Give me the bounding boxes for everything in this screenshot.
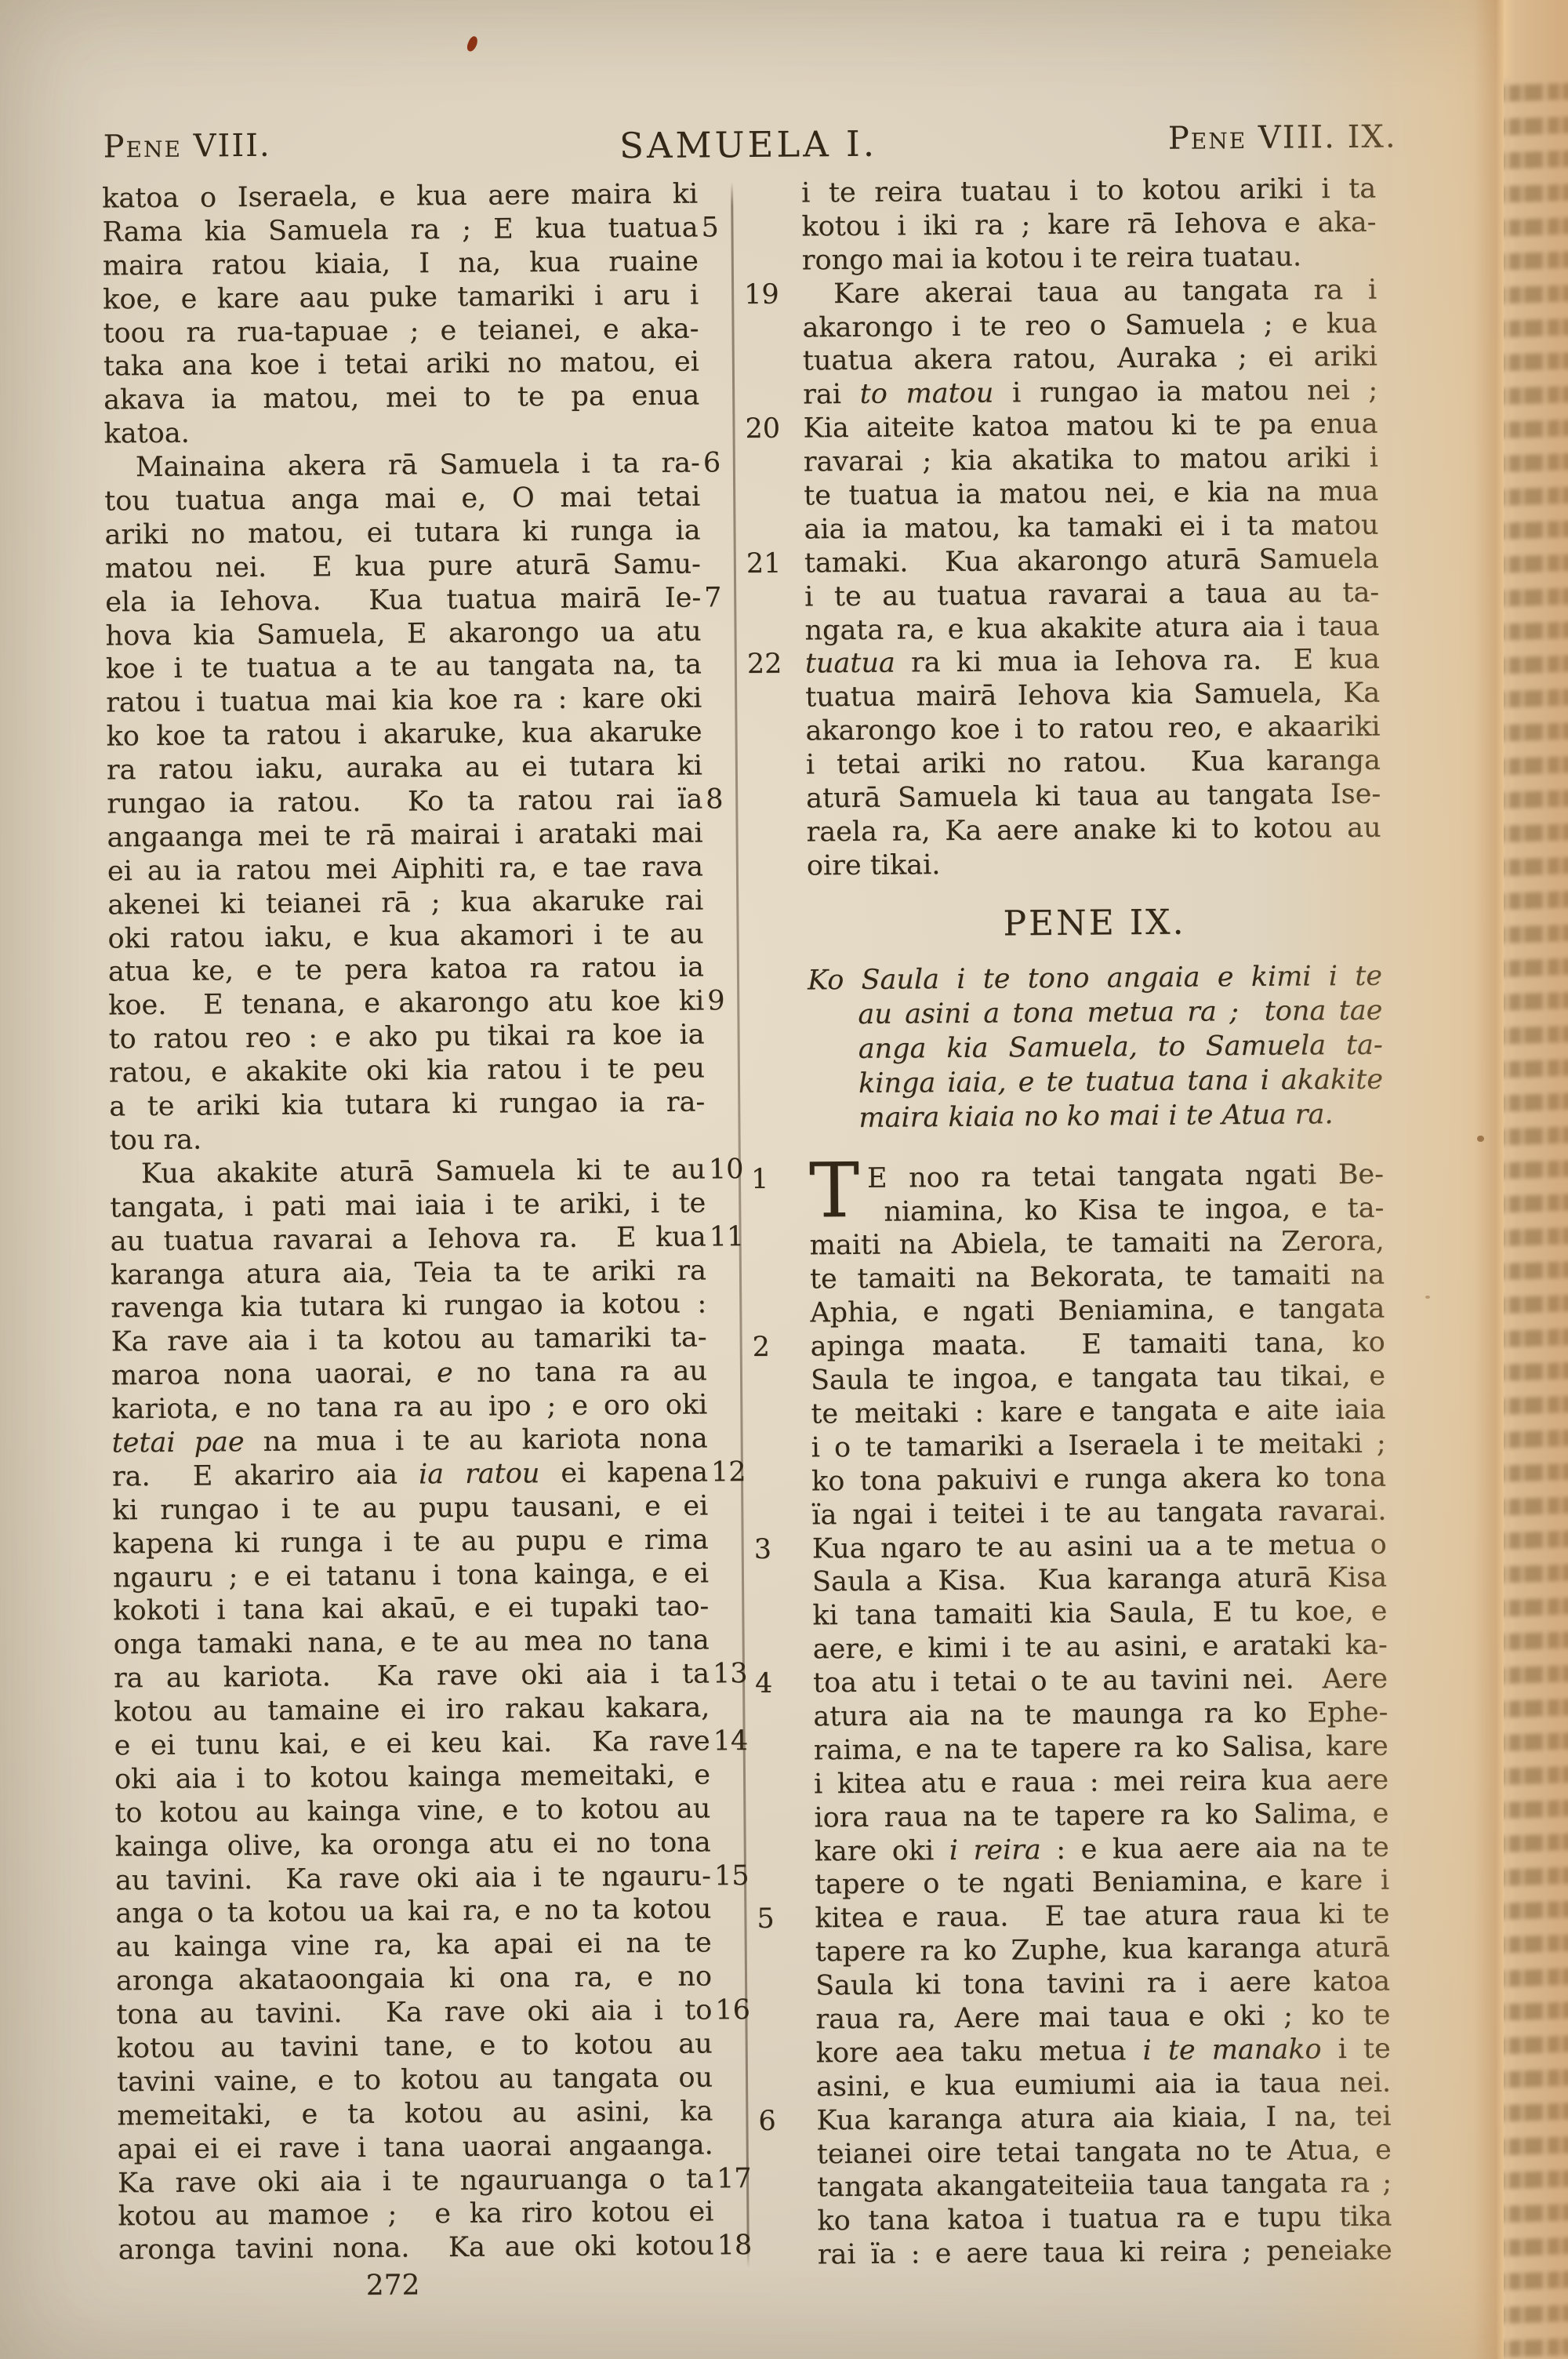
- line-text: niamina, ko Kisa te ingoa, e ta-: [884, 1192, 1384, 1227]
- line-text: Saula ki tona tavini ra i aere katoa: [815, 1966, 1390, 2002]
- line-text: tavini vaine, e to kotou au tangata ou: [117, 2062, 713, 2098]
- text-line: 10Kua akakite aturā Samuela ki te au: [110, 1153, 706, 1191]
- line-text: ko koe ta ratou i akaruke, kua akaruke: [106, 717, 702, 753]
- line-text: te tamaiti na Bekorata, te tamaiti na: [810, 1259, 1385, 1296]
- line-text: tou ra.: [109, 1124, 201, 1156]
- line-text: Rama kia Samuela ra ; E kua tuatua: [102, 212, 698, 248]
- text-line: 21tamaki. Kua akarongo aturā Samuela: [804, 542, 1379, 580]
- line-text: a te ariki kia tutara ki rungao ia ra-: [109, 1087, 705, 1123]
- line-text: koe i te tuatua a te au tangata na, ta: [106, 649, 702, 685]
- text-line: kotou au mamoe ; e ka riro kotou ei: [118, 2196, 713, 2234]
- line-text: Kia aiteite katoa matou ki te pa enua: [803, 409, 1377, 445]
- line-text: i te au tuatua ravarai a taua au ta-: [804, 576, 1379, 612]
- line-text: kokoti i tana kai akaū, e ei tupaki tao-: [113, 1591, 709, 1627]
- text-line: aere, e kimi i te au asini, e arataki ka…: [813, 1629, 1388, 1667]
- line-text: oire tikai.: [807, 849, 941, 881]
- line-text: ra. E akariro aia ia ratou ei kapena: [112, 1456, 708, 1492]
- text-line: 1E noo ra tetai tangata ngati Be-: [809, 1158, 1384, 1196]
- line-text: matou nei. E kua pure aturā Samu-: [105, 548, 701, 584]
- text-line: tetai pae na mua i te au kariota nona: [111, 1422, 707, 1460]
- line-text: maira ratou kiaia, I na, kua ruaine: [103, 245, 699, 282]
- line-text: E noo ra tetai tangata ngati Be-: [867, 1158, 1384, 1194]
- text-line: te meitaki : kare e tangata e aite iaia: [811, 1394, 1385, 1432]
- verse-number: 15: [714, 1859, 753, 1893]
- line-text: au tavini. Ka rave oki aia i te ngauru-: [115, 1860, 711, 1896]
- line-text: karanga atura aia, Teia ta te ariki ra: [111, 1255, 706, 1291]
- chapter-summary-line: au asini a tona metua ra ; tona tae: [808, 993, 1382, 1032]
- line-text: tangata, i pati mai iaia i te ariki, i t…: [110, 1187, 706, 1223]
- line-text: ela ia Iehova. Kua tuatua mairā Ie-: [105, 582, 701, 618]
- text-line: koe, e kare aau puke tamariki i aru i: [103, 278, 699, 317]
- line-text: Kua karanga atura aia kiaia, I na, tei: [816, 2100, 1391, 2136]
- text-line: raua ra, Aere mai taua e oki ; ko te: [815, 1999, 1390, 2037]
- verse-number: 20: [745, 413, 795, 446]
- text-line: ei au ia ratou mei Aiphiti ra, e tae rav…: [107, 850, 703, 889]
- verse-number: 5: [701, 211, 740, 245]
- text-line: kotou au tamaine ei iro rakau kakara,: [114, 1692, 710, 1730]
- line-text: memeitaki, e ta kotou au asini, ka: [117, 2095, 713, 2132]
- text-line: 6Mainaina akera rā Samuela i ta ra-: [104, 447, 700, 485]
- text-line: ariki no matou, ei tutara ki runga ia: [104, 514, 700, 552]
- line-text: raela ra, Ka aere anake ki to kotou au: [806, 812, 1381, 849]
- line-text: tou tuatua anga mai e, O mai tetai: [104, 482, 700, 518]
- text-line: 7ela ia Iehova. Kua tuatua mairā Ie-: [105, 581, 701, 620]
- line-text: ariki no matou, ei tutara ki runga ia: [104, 514, 700, 551]
- line-text: maira kiaia no ko mai i te Atua ra.: [858, 1099, 1333, 1134]
- line-text: angaanga mei te rā mairai i arataki mai: [107, 817, 702, 853]
- text-line: te tamaiti na Bekorata, te tamaiti na: [810, 1259, 1385, 1297]
- verse-number: 21: [746, 547, 797, 580]
- text-line: tangata, i pati mai iaia i te ariki, i t…: [110, 1187, 706, 1225]
- line-text: apinga maata. E tamaiti tana, ko: [811, 1327, 1385, 1363]
- line-text: Kare akerai taua au tangata ra i: [833, 274, 1377, 309]
- line-text: kotou au tavini tane, e to kotou au: [117, 2028, 713, 2064]
- line-text: ratou, e akakite oki kia ratou i te peu: [109, 1053, 705, 1089]
- line-text: aronga akataoongaia ki ona ra, e no: [116, 1961, 712, 1997]
- line-text: kitea e raua. E tae atura raua ki te: [815, 1899, 1389, 1935]
- text-line: karanga atura aia, Teia ta te ariki ra: [111, 1254, 706, 1292]
- line-text: raua ra, Aere mai taua e oki ; ko te: [815, 2000, 1390, 2036]
- line-text: e ei tunu kai, e ei keu kai. Ka rave: [114, 1725, 710, 1761]
- verse-number: 4: [755, 1667, 805, 1701]
- text-line: aronga akataoongaia ki ona ra, e no: [116, 1961, 712, 1999]
- text-line: hova kia Samuela, E akarongo ua atu: [105, 615, 701, 653]
- line-text: i te reira tuatau i to kotou ariki i ta: [801, 173, 1376, 209]
- line-text: rai to matou i rungao ia matou nei ;: [803, 375, 1377, 411]
- chapter-summary-line: maira kiaia no ko mai i te Atua ra.: [808, 1096, 1383, 1136]
- text-line: angaanga mei te rā mairai i arataki mai: [107, 816, 702, 855]
- text-line: ravenga kia tutara ki rungao ia kotou :: [111, 1288, 706, 1326]
- line-text: kariota, e no tana ra au ipo ; e oro oki: [111, 1390, 707, 1426]
- text-line: 12ra. E akariro aia ia ratou ei kapena: [112, 1456, 708, 1494]
- verse-number: 11: [709, 1220, 748, 1254]
- line-text: ko tana katoa i tuatua ra e tupu tika: [817, 2201, 1392, 2237]
- text-line: koe i te tuatua a te au tangata na, ta: [106, 649, 702, 687]
- line-text: tetai pae na mua i te au kariota nona: [111, 1423, 707, 1459]
- book-page: Pene VIII. SAMUELA I. Pene VIII. IX. kat…: [0, 0, 1568, 2359]
- verse-number: 22: [747, 648, 797, 682]
- line-text: au kainga vine ra, ka apai ei na te: [116, 1928, 712, 1964]
- line-text: aere, e kimi i te au asini, e arataki ka…: [813, 1630, 1388, 1666]
- line-text: ngauru ; e ei tatanu i tona kainga, e ei: [113, 1558, 709, 1594]
- text-line: katoa o Iseraela, e kua aere maira ki: [102, 178, 698, 216]
- line-text: ko tona pakuivi e runga akera ko tona: [811, 1461, 1386, 1497]
- line-text: te tuatua ia matou nei, e kia na mua: [804, 476, 1378, 512]
- text-line: kotou au tavini tane, e to kotou au: [117, 2027, 713, 2066]
- text-line: rongo mai ia kotou i te reira tuatau.: [802, 239, 1377, 278]
- text-line: apai ei ei rave i tana uaorai angaanga.: [118, 2128, 713, 2167]
- text-line: i tetai ariki no ratou. Kua karanga: [806, 744, 1381, 783]
- line-text: kotou au tamaine ei iro rakau kakara,: [114, 1692, 710, 1728]
- line-text: ra ratou iaku, auraka au ei tutara ki: [107, 751, 702, 787]
- line-text: i o te tamariki a Iseraela i te meitaki …: [811, 1427, 1386, 1463]
- text-line: katoa.: [103, 413, 699, 452]
- chapter-summary: Ko Saula i te tono angaia e kimi i teau …: [808, 958, 1384, 1136]
- text-line: Saula ki tona tavini ra i aere katoa: [815, 1965, 1390, 2004]
- text-line: Saula te ingoa, e tangata tau tikai, e: [811, 1360, 1385, 1398]
- text-line: 22tuatua ra ki mua ia Iehova ra. E kua: [805, 643, 1380, 682]
- line-text: ei au ia ratou mei Aiphiti ra, e tae rav…: [107, 851, 703, 887]
- line-text: oki aia i to kotou kainga memeitaki, e: [114, 1759, 710, 1795]
- verse-number: 6: [758, 2104, 808, 2138]
- text-line: ngata ra, e kua akakite atura aia i taua: [804, 609, 1379, 648]
- line-text: Saula a Kisa. Kua karanga aturā Kisa: [812, 1562, 1387, 1598]
- line-text: ra au kariota. Ka rave oki aia i ta: [114, 1659, 710, 1695]
- text-line: 8rungao ia ratou. Ko ta ratou rai ïa: [107, 783, 702, 822]
- line-text: Ka rave aia i ta kotou au tamariki ta-: [111, 1322, 706, 1358]
- text-line: 5Rama kia Samuela ra ; E kua tuatua: [102, 211, 698, 249]
- line-text: Kua akakite aturā Samuela ki te au: [141, 1154, 706, 1190]
- line-text: asini, e kua eumiumi aia ia taua nei.: [816, 2066, 1391, 2103]
- text-line: 3Kua ngaro te au asini ua a te metua o: [812, 1528, 1387, 1566]
- text-line: kore aea taku metua i te manako i te: [816, 2033, 1391, 2071]
- text-line: i te au tuatua ravarai a taua au ta-: [804, 576, 1379, 614]
- line-text: tangata akangateiteiia taua tangata ra ;: [817, 2168, 1392, 2204]
- text-line: onga tamaki nana, e te au mea no tana: [114, 1624, 710, 1663]
- verse-number: 17: [717, 2162, 756, 2196]
- text-line: anga o ta kotou ua kai ra, e no ta kotou: [115, 1893, 711, 1932]
- text-line: kapena ki runga i te au pupu e rima: [112, 1523, 708, 1561]
- line-text: tuatua akera ratou, Auraka ; ei ariki: [803, 341, 1377, 377]
- adjacent-page-edge: [1504, 0, 1568, 2359]
- text-line: akarongo i te reo o Samuela ; e kua: [802, 307, 1377, 345]
- text-line: to kotou au kainga vine, e to kotou au: [114, 1792, 710, 1830]
- line-text: kore aea taku metua i te manako i te: [816, 2034, 1391, 2070]
- line-text: akarongo koe i to ratou reo, e akaariki: [805, 711, 1380, 747]
- line-text: taka ana koe i tetai ariki no matou, ei: [103, 347, 699, 383]
- verse-number: 10: [709, 1153, 748, 1187]
- line-text: atura aia na te maunga ra ko Ephe-: [813, 1697, 1388, 1733]
- adjacent-page-blurred-text: [1504, 78, 1568, 2359]
- text-line: ratou, e akakite oki kia ratou i te peu: [109, 1052, 705, 1091]
- text-line: kariota, e no tana ra au ipo ; e oro oki: [111, 1389, 707, 1427]
- text-line: raima, e na te tapere ra ko Salisa, kare: [814, 1729, 1388, 1768]
- verse-number: 6: [703, 446, 742, 480]
- verse-number: 5: [757, 1903, 807, 1936]
- paper-blemish: [1425, 1296, 1430, 1299]
- text-line: rai ïa : e aere taua ki reira ; peneiake: [818, 2234, 1392, 2273]
- line-text: apai ei ei rave i tana uaorai angaanga.: [118, 2129, 713, 2165]
- text-line: kainga olive, ka oronga atu ei no tona: [115, 1826, 711, 1864]
- line-text: onga tamaki nana, e te au mea no tana: [114, 1625, 710, 1661]
- line-text: i tetai ariki no ratou. Kua karanga: [806, 745, 1381, 781]
- text-line: ra ratou iaku, auraka au ei tutara ki: [107, 750, 702, 788]
- verse-number: 1: [751, 1162, 801, 1196]
- line-text: koe. E tenana, e akarongo atu koe ki: [108, 986, 704, 1022]
- text-line: au kainga vine ra, ka apai ei na te: [116, 1927, 712, 1965]
- text-line: 17Ka rave oki aia i te ngauruanga o ta: [118, 2162, 713, 2201]
- line-text: tuatua mairā Iehova kia Samuela, Ka: [805, 678, 1380, 714]
- text-line: ïa ngai i teitei i te au tangata ravarai…: [811, 1494, 1386, 1532]
- text-line: a te ariki kia tutara ki rungao ia ra-: [109, 1086, 705, 1125]
- text-line: tapere ra ko Zuphe, kua karanga aturā: [815, 1932, 1390, 1970]
- line-text: toa atu i tetai o te au tavini nei. Aere: [813, 1663, 1388, 1699]
- text-line: rai to matou i rungao ia matou nei ;: [803, 374, 1377, 413]
- line-text: anga kia Samuela, to Samuela ta-: [858, 1029, 1383, 1064]
- text-line: i te reira tuatau i to kotou ariki i ta: [801, 173, 1376, 211]
- text-line: i o te tamariki a Iseraela i te meitaki …: [811, 1427, 1386, 1465]
- text-line: aturā Samuela ki taua au tangata Ise-: [806, 778, 1381, 816]
- line-text: raima, e na te tapere ra ko Salisa, kare: [814, 1730, 1388, 1766]
- verse-number: 12: [711, 1456, 750, 1489]
- line-text: ki tana tamaiti kia Saula, E tu koe, e: [812, 1596, 1387, 1632]
- text-line: maira ratou kiaia, I na, kua ruaine: [103, 245, 699, 283]
- verse-number: 7: [704, 581, 743, 615]
- text-line: maiti na Abiela, te tamaiti na Zerora,: [810, 1225, 1385, 1263]
- text-line: ratou i tuatua mai kia koe ra : kare oki: [106, 682, 702, 721]
- text-line: ravarai ; kia akatika to matou ariki i: [804, 442, 1378, 480]
- line-text: kotou i iki ra ; kare rā Iehova e aka-: [801, 207, 1376, 243]
- text-line: kotou i iki ra ; kare rā Iehova e aka-: [801, 206, 1376, 245]
- text-line: ko koe ta ratou i akaruke, kua akaruke: [106, 716, 702, 754]
- line-text: to kotou au kainga vine, e to kotou au: [114, 1793, 710, 1829]
- chapter-summary-line: anga kia Samuela, to Samuela ta-: [808, 1027, 1383, 1067]
- text-line: ki tana tamaiti kia Saula, E tu koe, e: [812, 1595, 1387, 1634]
- right-column-bottom-block: T 1E noo ra tetai tangata ngati Be-niami…: [809, 1158, 1392, 2272]
- line-text: kapena ki runga i te au pupu e rima: [113, 1524, 709, 1560]
- text-line: 11au tuatua ravarai a Iehova ra. E kua: [110, 1220, 706, 1259]
- line-text: maroa nona uaorai, e no tana ra au: [111, 1356, 707, 1392]
- text-line: raela ra, Ka aere anake ki to kotou au: [806, 812, 1381, 850]
- line-text: teianei oire tetai tangata no te Atua, e: [817, 2134, 1392, 2170]
- text-line: to ratou reo : e ako pu tikai ra koe ia: [108, 1019, 704, 1057]
- line-text: ïa ngai i teitei i te au tangata ravarai…: [811, 1495, 1386, 1531]
- line-text: tapere o te ngati Beniamina, e kare i: [815, 1865, 1389, 1901]
- line-text: iora raua na te tapere ra ko Salima, e: [814, 1797, 1388, 1834]
- line-text: rongo mai ia kotou i te reira tuatau.: [802, 241, 1302, 276]
- text-line: Ka rave aia i ta kotou au tamariki ta-: [111, 1321, 706, 1360]
- text-line: kokoti i tana kai akaū, e ei tupaki tao-: [113, 1590, 709, 1629]
- chapter-summary-line: kinga iaia, e te tuatua tana i akakite: [808, 1062, 1383, 1101]
- line-text: maiti na Abiela, te tamaiti na Zerora,: [810, 1226, 1385, 1262]
- line-text: katoa o Iseraela, e kua aere maira ki: [102, 179, 698, 215]
- line-text: toou ra rua-tapuae ; e teianei, e aka-: [103, 313, 699, 349]
- text-line: 18aronga tavini nona. Ka aue oki kotou: [118, 2230, 714, 2268]
- line-text: Saula te ingoa, e tangata tau tikai, e: [811, 1361, 1385, 1397]
- text-line: 14e ei tunu kai, e ei keu kai. Ka rave: [114, 1725, 710, 1763]
- text-line: 2apinga maata. E tamaiti tana, ko: [811, 1326, 1385, 1365]
- text-line: tavini vaine, e to kotou au tangata ou: [117, 2061, 713, 2099]
- line-text: tona au tavini. Ka rave oki aia i to: [116, 1995, 712, 2031]
- text-line: tangata akangateiteiia taua tangata ra ;: [817, 2167, 1392, 2205]
- text-line: 6Kua karanga atura aia kiaia, I na, tei: [816, 2099, 1391, 2138]
- text-line: ki rungao i te au pupu tausani, e ei: [112, 1489, 708, 1528]
- line-text: ravenga kia tutara ki rungao ia kotou :: [111, 1289, 706, 1325]
- running-header-right: Pene VIII. IX.: [1168, 119, 1397, 162]
- line-text: to ratou reo : e ako pu tikai ra koe ia: [108, 1020, 704, 1056]
- line-text: aronga tavini nona. Ka aue oki kotou: [118, 2230, 714, 2266]
- line-text: kinga iaia, e te tuatua tana i akakite: [858, 1063, 1383, 1099]
- text-line: 19Kare akerai taua au tangata ra i: [802, 273, 1377, 311]
- text-line: Saula a Kisa. Kua karanga aturā Kisa: [812, 1561, 1387, 1600]
- verse-number: 18: [717, 2229, 757, 2263]
- text-line: 13ra au kariota. Ka rave oki aia i ta: [114, 1658, 710, 1696]
- page-content: Pene VIII. SAMUELA I. Pene VIII. IX. kat…: [0, 0, 1568, 2359]
- line-text: ravarai ; kia akatika to matou ariki i: [804, 442, 1378, 478]
- verse-number: 16: [715, 1994, 754, 2027]
- text-line: tuatua akera ratou, Auraka ; ei ariki: [803, 340, 1377, 379]
- line-text: tapere ra ko Zuphe, kua karanga aturā: [815, 1932, 1390, 1968]
- text-line: 9koe. E tenana, e akarongo atu koe ki: [108, 985, 704, 1023]
- text-line: oki aia i to kotou kainga memeitaki, e: [114, 1758, 710, 1797]
- text-line: tou tuatua anga mai e, O mai tetai: [104, 481, 700, 519]
- text-line: ngauru ; e ei tatanu i tona kainga, e ei: [113, 1557, 709, 1595]
- line-text: oki ratou iaku, e kua akamori i te au: [107, 918, 703, 954]
- line-text: tuatua ra ki mua ia Iehova ra. E kua: [805, 644, 1380, 680]
- text-line: 16tona au tavini. Ka rave oki aia i to: [116, 1994, 712, 2033]
- text-line: i kitea atu e raua : mei reira kua aere: [814, 1763, 1388, 1801]
- verse-number: 3: [754, 1532, 804, 1566]
- text-line: 4toa atu i tetai o te au tavini nei. Aer…: [813, 1663, 1388, 1701]
- text-line: 15au tavini. Ka rave oki aia i te ngauru…: [115, 1859, 711, 1898]
- text-line: kare oki i reira : e kua aere aia na te: [815, 1830, 1389, 1869]
- line-text: rai ïa : e aere taua ki reira ; peneiake: [818, 2235, 1392, 2271]
- right-column-top-block: i te reira tuatau i to kotou ariki i tak…: [801, 173, 1381, 883]
- text-line: oire tikai.: [807, 845, 1381, 884]
- line-text: koe, e kare aau puke tamariki i aru i: [103, 279, 699, 315]
- gutter-shadow: [1474, 0, 1505, 2359]
- text-line: aia ia matou, ka tamaki ei i ta matou: [804, 509, 1378, 547]
- text-line: maroa nona uaorai, e no tana ra au: [111, 1355, 707, 1394]
- line-text: au asini a tona metua ra ; tona tae: [858, 994, 1382, 1030]
- line-text: aia ia matou, ka tamaki ei i ta matou: [804, 510, 1378, 546]
- verse-number: 13: [713, 1657, 752, 1691]
- ink-speck: [1477, 1136, 1484, 1142]
- text-line: akarongo koe i to ratou reo, e akaariki: [805, 711, 1380, 749]
- line-text: Kua ngaro te au asini ua a te metua o: [812, 1528, 1387, 1565]
- text-line: oki ratou iaku, e kua akamori i te au: [107, 918, 703, 956]
- line-text: Aphia, e ngati Beniamina, e tangata: [810, 1293, 1385, 1329]
- line-text: i kitea atu e raua : mei reira kua aere: [814, 1764, 1388, 1800]
- text-line: ko tana katoa i tuatua ra e tupu tika: [817, 2201, 1392, 2239]
- text-line: atua ke, e te pera katoa ra ratou ia: [108, 951, 704, 990]
- line-text: kotou au mamoe ; e ka riro kotou ei: [118, 2197, 713, 2233]
- text-line: iora raua na te tapere ra ko Salima, e: [814, 1797, 1388, 1835]
- text-line: ko tona pakuivi e runga akera ko tona: [811, 1460, 1386, 1499]
- line-text: Ko Saula i te tono angaia e kimi i te: [808, 960, 1382, 996]
- text-line: taka ana koe i tetai ariki no matou, ei: [103, 346, 699, 384]
- line-text: kare oki i reira : e kua aere aia na te: [815, 1831, 1389, 1867]
- text-line: tou ra.: [109, 1119, 705, 1158]
- page-number: 272: [307, 2269, 479, 2303]
- left-text-column: katoa o Iseraela, e kua aere maira ki5Ra…: [102, 178, 714, 2268]
- text-line: tuatua mairā Iehova kia Samuela, Ka: [805, 677, 1380, 715]
- chapter-summary-line: Ko Saula i te tono angaia e kimi i te: [808, 958, 1382, 998]
- text-line: akava ia matou, mei to te pa enua: [103, 380, 699, 418]
- verse-number: 19: [744, 278, 794, 311]
- line-text: ratou i tuatua mai kia koe ra : kare oki: [106, 683, 702, 719]
- text-line: memeitaki, e ta kotou au asini, ka: [117, 2095, 713, 2133]
- line-text: akarongo i te reo o Samuela ; e kua: [802, 307, 1377, 343]
- line-text: katoa.: [103, 418, 190, 450]
- text-line: atura aia na te maunga ra ko Ephe-: [813, 1696, 1388, 1735]
- line-text: atua ke, e te pera katoa ra ratou ia: [108, 952, 704, 988]
- text-line: tapere o te ngati Beniamina, e kare i: [815, 1864, 1389, 1903]
- verse-number: 2: [753, 1331, 803, 1365]
- verse-number: 9: [707, 984, 746, 1018]
- verse-number: 14: [713, 1725, 752, 1758]
- line-text: te meitaki : kare e tangata e aite iaia: [811, 1394, 1385, 1430]
- text-line: 20Kia aiteite katoa matou ki te pa enua: [803, 408, 1377, 446]
- right-text-column: i te reira tuatau i to kotou ariki i tak…: [801, 173, 1392, 2273]
- text-line: niamina, ko Kisa te ingoa, e ta-: [809, 1191, 1384, 1230]
- verse-number: 8: [706, 783, 745, 816]
- line-text: kainga olive, ka oronga atu ei no tona: [115, 1826, 711, 1863]
- line-text: Ka rave oki aia i te ngauruanga o ta: [118, 2163, 713, 2199]
- line-text: rungao ia ratou. Ko ta ratou rai ïa: [107, 784, 702, 820]
- line-text: ki rungao i te au pupu tausani, e ei: [112, 1490, 708, 1526]
- line-text: Mainaina akera rā Samuela i ta ra-: [136, 448, 700, 484]
- text-line: teianei oire tetai tangata no te Atua, e: [817, 2133, 1392, 2172]
- book-photo: { "header": { "left": "Pene VIII.", "cen…: [0, 0, 1568, 2359]
- line-text: akenei ki teianei rā ; kua akaruke rai: [107, 885, 703, 921]
- text-line: akenei ki teianei rā ; kua akaruke rai: [107, 884, 703, 922]
- chapter-heading: PENE IX.: [807, 902, 1381, 944]
- text-line: matou nei. E kua pure aturā Samu-: [105, 547, 701, 586]
- text-line: te tuatua ia matou nei, e kia na mua: [804, 475, 1378, 514]
- text-line: toou ra rua-tapuae ; e teianei, e aka-: [103, 312, 699, 351]
- line-text: akava ia matou, mei to te pa enua: [103, 380, 699, 416]
- line-text: au tuatua ravarai a Iehova ra. E kua: [110, 1221, 706, 1257]
- text-line: Aphia, e ngati Beniamina, e tangata: [810, 1292, 1385, 1331]
- line-text: anga o ta kotou ua kai ra, e no ta kotou: [115, 1894, 711, 1930]
- line-text: aturā Samuela ki taua au tangata Ise-: [806, 779, 1381, 815]
- text-line: asini, e kua eumiumi aia ia taua nei.: [816, 2066, 1391, 2104]
- line-text: ngata ra, e kua akakite atura aia i taua: [804, 610, 1379, 646]
- text-line: 5kitea e raua. E tae atura raua ki te: [815, 1898, 1389, 1936]
- line-text: hova kia Samuela, E akarongo ua atu: [105, 616, 701, 652]
- line-text: tamaki. Kua akarongo aturā Samuela: [804, 543, 1379, 579]
